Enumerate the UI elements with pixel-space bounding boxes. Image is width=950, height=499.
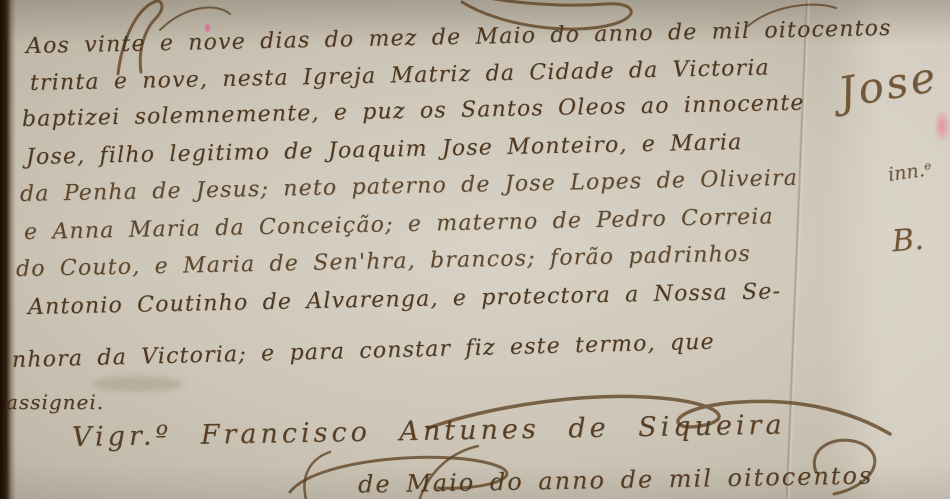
record-line-7: do Couto, e Maria de Sen'hra, brancos; f… [16, 244, 751, 281]
pink-stain [931, 104, 950, 148]
next-record-fragment: de Maio do anno de mil oitocentos [358, 464, 874, 497]
ink-flourish-bottom-ascender [304, 452, 330, 499]
manuscript-page: Aos vinte e nove dias do mez de Maio do … [0, 0, 950, 499]
record-line-3: baptizei solemnemente, e puz os Santos O… [22, 93, 805, 131]
margin-fold-line [786, 0, 808, 499]
record-closing-word: assignei. [6, 392, 104, 412]
ink-flourish-top-left-curl [160, 7, 230, 30]
record-line-2: trinta e nove, nesta Igreja Matriz da Ci… [30, 58, 770, 95]
record-line-5: da Penha de Jesus; neto paterno de Jose … [20, 168, 799, 206]
book-gutter-edge [0, 0, 16, 499]
record-line-1: Aos vinte e nove dias do mez de Maio do … [26, 18, 892, 58]
record-line-4: Jose, filho legitimo de Joaquim Jose Mon… [26, 132, 743, 169]
priest-signature: Vigr.º Francisco Antunes de Siqueira [72, 412, 786, 451]
record-line-9: nhora da Victoria; e para constar fiz es… [12, 332, 715, 372]
record-line-8: Antonio Coutinho de Alvarenga, e protect… [28, 281, 782, 319]
margin-letter-b: B. [891, 225, 925, 258]
ink-smudge [92, 376, 184, 392]
record-line-6: e Anna Maria da Conceição; e materno de … [24, 206, 774, 244]
